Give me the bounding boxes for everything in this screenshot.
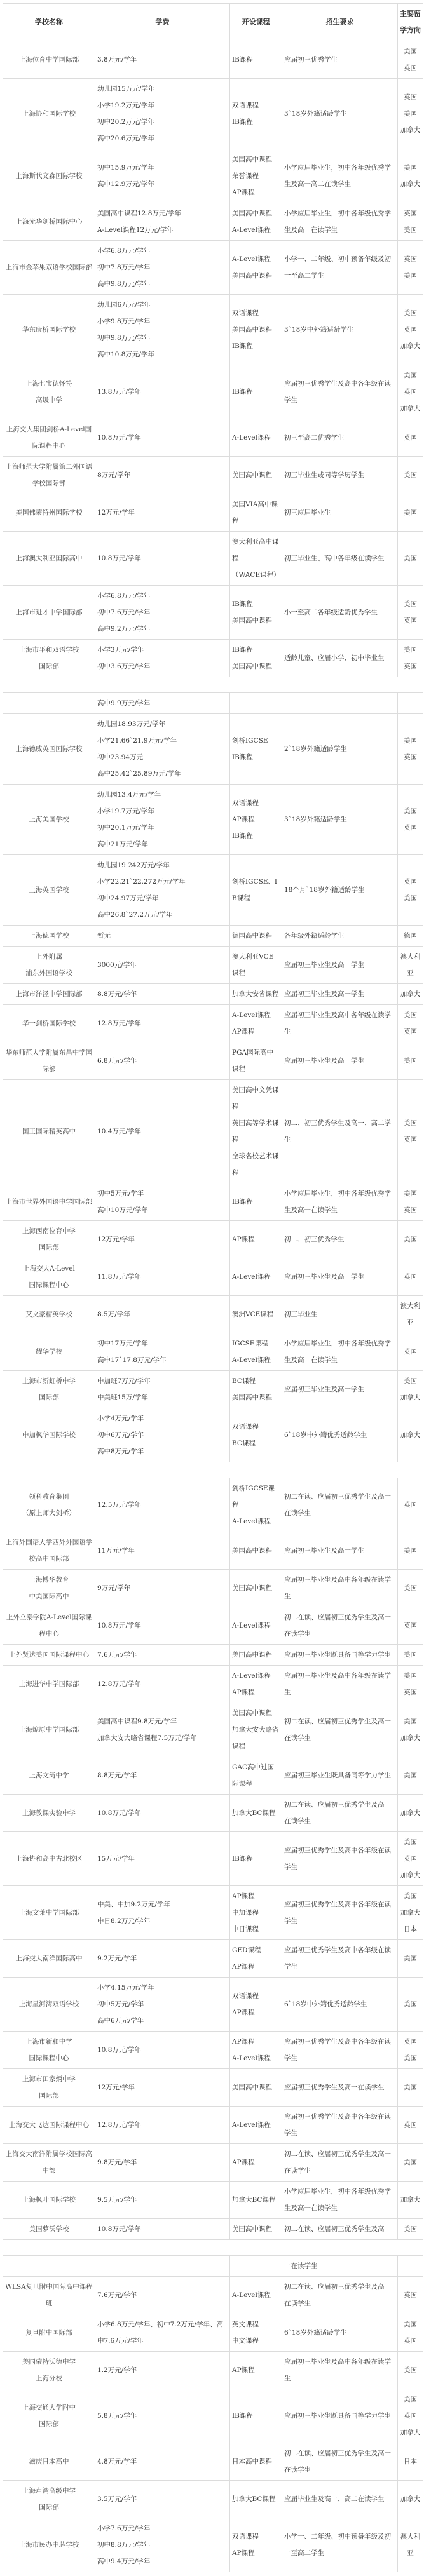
destination-cell-line: 美国 bbox=[399, 2316, 422, 2333]
school-name-cell-line: 上海星河湾双语学校 bbox=[5, 1996, 93, 2013]
school-name-cell-line: 上海斯代文森国际学校 bbox=[5, 168, 93, 184]
courses-cell: GAC高中过国际课程 bbox=[230, 1757, 282, 1795]
destination-cell: 日本 bbox=[398, 2443, 423, 2481]
destination-cell-line: 加拿大 bbox=[399, 122, 422, 138]
school-table-4: 一在读学生WLSA复旦附中国际高中课程班7.6万元/学年A-Level课程初二在… bbox=[3, 2255, 423, 2572]
tuition-cell: 11万元/学年 bbox=[95, 1532, 230, 1570]
table-row: 上海美国学校幼儿园13.4万元/学年小学19.7万元/学年初中20.1万元/学年… bbox=[3, 785, 423, 855]
table-row: 上海星河湾双语学校小学4.15万元/学年初中5万元/学年高中6万元/学年双语课程… bbox=[3, 1978, 423, 2032]
tuition-cell: 10.4万元/学年 bbox=[95, 1080, 230, 1183]
tuition-cell-line: 15万元/学年 bbox=[97, 1851, 228, 1867]
school-name-cell-line: 美国佛蒙特州国际学校 bbox=[5, 504, 93, 521]
table-row: 上海市民办中芯学校小学7.6万元/学年初中8.8万元/学年高中9.4万元/学年双… bbox=[3, 2518, 423, 2572]
destination-cell-line: 加拿大 bbox=[399, 986, 422, 1002]
tuition-cell-line: 高中9.9万元/学年 bbox=[97, 695, 228, 711]
destination-cell-line: 加拿大 bbox=[399, 1867, 422, 1884]
destination-cell-line: 美国 bbox=[399, 890, 422, 907]
school-name-cell-line: 上海市田家炳中学 bbox=[5, 2071, 93, 2087]
destination-cell: 美国 bbox=[398, 1978, 423, 2032]
school-name-cell: 上海市新虹桥中学国际部 bbox=[3, 1371, 95, 1408]
destination-cell-line: 美国 bbox=[399, 267, 422, 284]
tuition-cell: 4.8万元/学年 bbox=[95, 2443, 230, 2481]
requirement-cell: 应届初三毕业生既具备同等学力学生 bbox=[282, 2389, 398, 2443]
destination-cell-line: 美国 bbox=[399, 504, 422, 521]
destination-cell bbox=[398, 2256, 423, 2277]
requirement-cell-line: 初二、初三优秀学生及高一、高二学生 bbox=[284, 1115, 395, 1148]
school-name-cell-line: 高级中学 bbox=[5, 392, 93, 408]
tuition-cell: 中加班7万元/学年中美班15万/学年 bbox=[95, 1371, 230, 1408]
school-name-cell-line: 上海文绮中学 bbox=[5, 1767, 93, 1784]
courses-cell: 加拿大BC课程 bbox=[230, 2481, 282, 2518]
destination-cell: 英国美国 bbox=[398, 203, 423, 241]
requirement-cell: 2`18岁外籍适龄学生 bbox=[282, 714, 398, 785]
tuition-cell: 幼儿园19.242万元/学年小学22.21`22.272万元/学年初中24.97… bbox=[95, 855, 230, 926]
tuition-cell-line: 幼儿园15万元/学年 bbox=[97, 81, 228, 97]
school-name-cell bbox=[3, 2256, 95, 2277]
requirement-cell-line: 初三应届毕业生 bbox=[284, 504, 395, 521]
requirement-cell-line: 小学应届毕业生，初中各年级优秀学生及高一在读学生 bbox=[284, 205, 395, 238]
courses-cell: 美国高中课程 bbox=[230, 2069, 282, 2107]
school-name-cell-line: 上海师范大学附属第二外国语学校国际部 bbox=[5, 459, 93, 492]
courses-cell-line: 双语课程 bbox=[232, 305, 280, 321]
tuition-cell-line: 12.8万元/学年 bbox=[97, 1676, 228, 1692]
tuition-cell: 12万元/学年 bbox=[95, 1221, 230, 1258]
school-name-cell-line: 上海光华剑桥国际中心 bbox=[5, 213, 93, 230]
school-name-cell: 上海交大南洋国际高中 bbox=[3, 1940, 95, 1978]
requirement-cell-line: 应届初三毕业生及高中各年级在读学生 bbox=[284, 1007, 395, 1040]
destination-cell-line: 加拿大 bbox=[399, 338, 422, 354]
destination-cell bbox=[398, 693, 423, 714]
courses-cell: 英文课程中文课程 bbox=[230, 2314, 282, 2352]
requirement-cell: 应届初三毕业生既具备同等学力学生 bbox=[282, 1757, 398, 1795]
courses-cell: IB课程 bbox=[230, 41, 282, 79]
courses-cell-line: 美国高中课程 bbox=[232, 467, 280, 483]
courses-cell-line: AP课程 bbox=[232, 184, 280, 201]
school-name-cell-line: 美国萝沃学校 bbox=[5, 2221, 93, 2237]
courses-cell bbox=[230, 2256, 282, 2277]
destination-cell-line: 加拿大 bbox=[399, 400, 422, 417]
school-name-cell-line: 华东康桥国际学校 bbox=[5, 321, 93, 338]
courses-cell: 美国高中课程A-Level课程 bbox=[230, 203, 282, 241]
destination-cell-line: 美国 bbox=[399, 2362, 422, 2378]
requirement-cell-line: 小学应届毕业生，初中各年级优秀学生及高一在读学生 bbox=[284, 2183, 395, 2216]
courses-cell-line: AP课程 bbox=[232, 2033, 280, 2050]
table-row: 上海博华教育中美国际高中9万元/学年美国高中课程应届初三毕业生及高中各年级在读学… bbox=[3, 1570, 423, 1607]
requirement-cell-line: 应届初三毕业生既具备同等学力学生 bbox=[284, 1767, 395, 1784]
tuition-cell-line: 12.5万元/学年 bbox=[97, 1497, 228, 1513]
destination-cell: 美国 bbox=[398, 2352, 423, 2389]
destination-cell: 美国英国 bbox=[398, 1183, 423, 1221]
destination-cell-line: 英国 bbox=[399, 2117, 422, 2133]
tuition-cell-line: 高中9.2万元/学年 bbox=[97, 621, 228, 637]
destination-cell-line: 英国 bbox=[399, 749, 422, 765]
school-name-cell: 华东师范大学附属东昌中学国际部 bbox=[3, 1042, 95, 1080]
table-body: 领科教育集团（原上师大剑桥）12.5万元/学年剑桥IGCSE课程A-Level课… bbox=[3, 1478, 423, 2240]
tuition-cell: 12.8万元/学年 bbox=[95, 1666, 230, 1703]
destination-cell-line: 美国 bbox=[399, 732, 422, 749]
destination-cell-line: 英国 bbox=[399, 2033, 422, 2050]
courses-cell: 美国高中文凭课程英国高等学术课程全球名校艺术课程 bbox=[230, 1080, 282, 1183]
courses-cell: 澳大利亚高中课程（WACE课程） bbox=[230, 532, 282, 586]
school-name-cell-line: 领科教育集团 bbox=[5, 1488, 93, 1505]
requirement-cell-line: 初三毕业生 bbox=[284, 1306, 395, 1323]
school-name-cell-line: 上海卢湾高级中学 bbox=[5, 2483, 93, 2499]
requirement-cell-line: 应届初三毕业生及高一学生 bbox=[284, 1053, 395, 1069]
tuition-cell-line: 13.8万元/学年 bbox=[97, 384, 228, 400]
destination-cell: 美国英国 bbox=[398, 2314, 423, 2352]
header-school-name: 学校名称 bbox=[3, 4, 95, 41]
courses-cell-line: GAC高中过国际课程 bbox=[232, 1759, 280, 1792]
tuition-cell-line: 幼儿园19.242万元/学年 bbox=[97, 857, 228, 873]
courses-cell: A-Level课程 bbox=[230, 1607, 282, 1645]
tuition-cell-line: 8万元/学年 bbox=[97, 467, 228, 483]
requirement-cell-line: 3`18岁外籍适龄学生 bbox=[284, 811, 395, 828]
destination-cell-line: 美国 bbox=[399, 1950, 422, 1967]
requirement-cell-line: 应届初三毕业生及高一学生 bbox=[284, 1269, 395, 1285]
destination-cell: 美国 bbox=[398, 532, 423, 586]
requirement-cell: 应届初三优秀学生及高中各年级在读学生 bbox=[282, 2032, 398, 2069]
courses-cell-line: 剑桥IGCSE bbox=[232, 732, 280, 749]
table-row: 上海文绮中学8.8万元/学年GAC高中过国际课程应届初三毕业生既具备同等学力学生… bbox=[3, 1757, 423, 1795]
courses-cell-line: 美国高中课程 bbox=[232, 321, 280, 338]
tuition-cell: 5.8万元/学年 bbox=[95, 2389, 230, 2443]
tuition-cell-line: 10.8万元/学年 bbox=[97, 1617, 228, 1634]
requirement-cell-line: 初二在读、应届初三优秀学生及高 bbox=[284, 2221, 395, 2237]
destination-cell-line: 美国 bbox=[399, 2154, 422, 2171]
requirement-cell: 应届初三优秀学生及高中各年级在读学生 bbox=[282, 2107, 398, 2144]
destination-cell: 美国英国 bbox=[398, 1666, 423, 1703]
courses-cell-line: BC课程 bbox=[232, 1435, 280, 1452]
requirement-cell: 初三毕业生或同等学历学生 bbox=[282, 457, 398, 494]
school-name-cell: 上海枫叶国际学校 bbox=[3, 2182, 95, 2219]
destination-cell: 德国 bbox=[398, 926, 423, 947]
school-name-cell: 上海教课实验中学 bbox=[3, 1795, 95, 1832]
tuition-cell-line: 3.5万元/学年 bbox=[97, 2491, 228, 2507]
courses-cell-line: 中加课程 bbox=[232, 1905, 280, 1921]
destination-cell-line: 英国 bbox=[399, 384, 422, 400]
destination-cell: 美国加拿大 bbox=[398, 149, 423, 203]
school-name-cell: 上外立泰学院A-Level国际课程中心 bbox=[3, 1607, 95, 1645]
courses-cell: 加拿大BC课程 bbox=[230, 2182, 282, 2219]
destination-cell-line: 澳大利亚 bbox=[399, 2528, 422, 2561]
destination-cell: 英国美国 bbox=[398, 2032, 423, 2069]
tuition-cell-line: 12万元/学年 bbox=[97, 504, 228, 521]
table-row: 上海市平和双语学校国际部小学3万元/学年初中3.6万元/学年IB课程美国高中课程… bbox=[3, 640, 423, 677]
courses-cell-line: AP课程 bbox=[232, 1959, 280, 1975]
destination-cell-line: 日本 bbox=[399, 1921, 422, 1938]
courses-cell-line: A-Level课程 bbox=[232, 1007, 280, 1023]
destination-cell-line: 美国 bbox=[399, 2079, 422, 2096]
table-row: 上海交通大学附中国际部5.8万元/学年IB课程应届初三毕业生既具备同等学力学生美… bbox=[3, 2389, 423, 2443]
school-name-cell-line: 上海燎原中学国际部 bbox=[5, 1722, 93, 1738]
courses-cell-line: IB课程 bbox=[232, 1194, 280, 1210]
courses-cell-line: A-Level课程 bbox=[232, 1352, 280, 1368]
tuition-cell-line: 10.8万元/学年 bbox=[97, 1805, 228, 1821]
tuition-cell: 小学6.8万元/学年、初中7.2万元/学年、高中7.6万元/学年 bbox=[95, 2314, 230, 2352]
requirement-cell: 应届初三毕业生及高一学生 bbox=[282, 1042, 398, 1080]
requirement-cell-line: 应届初三优秀学生及高中各年级在读学生 bbox=[284, 1842, 395, 1875]
destination-cell-line: 美国 bbox=[399, 43, 422, 60]
table-row: 上海市金苹果双语学校国际部小学6.8万元/学年初中7.8万元/学年高中9.8万元… bbox=[3, 241, 423, 295]
requirement-cell-line: 初二在读、应届初三优秀学生及高一在读学生 bbox=[284, 1488, 395, 1521]
school-name-cell: 上海文绮中学 bbox=[3, 1757, 95, 1795]
tuition-cell-line: 10.8万元/学年 bbox=[97, 550, 228, 567]
courses-cell-line: AP课程 bbox=[232, 1023, 280, 1040]
tuition-cell-line: 10.8万元/学年 bbox=[97, 2042, 228, 2058]
tuition-cell-line: 幼儿园18.93万元/学年 bbox=[97, 716, 228, 732]
destination-cell: 美国 bbox=[398, 1042, 423, 1080]
requirement-cell-line: 应届初三毕业生及高一学生 bbox=[284, 1542, 395, 1559]
courses-cell-line: IB课程 bbox=[232, 749, 280, 765]
destination-cell-line: 美国 bbox=[399, 1834, 422, 1851]
courses-cell-line: GED课程 bbox=[232, 1942, 280, 1959]
table-row: 上海外国语大学西外外国语学校高中国际部11万元/学年美国高中课程应届初三毕业生及… bbox=[3, 1532, 423, 1570]
tuition-cell: 幼儿园13.4万元/学年小学19.7万元/学年初中20.1万元/学年高中21万元… bbox=[95, 785, 230, 855]
school-name-cell-line: 上海协和国际学校 bbox=[5, 105, 93, 122]
table-row: WLSA复旦附中国际高中课程班7.6万元/学年A-Level课程初二在读、应届初… bbox=[3, 2277, 423, 2314]
tuition-cell-line: 幼儿园13.4万元/学年 bbox=[97, 786, 228, 803]
courses-cell-line: 美国高中课程 bbox=[232, 2221, 280, 2237]
school-name-cell: 上海交大飞达国际课程中心 bbox=[3, 2107, 95, 2144]
table-row: 上海交大飞达国际课程中心12.8万元/学年A-Level课程应届初三优秀学生及高… bbox=[3, 2107, 423, 2144]
tuition-cell-line: 12万元/学年 bbox=[97, 2079, 228, 2096]
tables-container: 学校名称 学费 开设课程 招生要求 主要留学方向 上海位育中学国际部3.8万元/… bbox=[3, 3, 423, 2572]
school-name-cell-line: 上海教课实验中学 bbox=[5, 1805, 93, 1821]
school-name-cell: 上海德国学校 bbox=[3, 926, 95, 947]
courses-cell: 美国高中课程荣誉课程AP课程 bbox=[230, 149, 282, 203]
courses-cell: A-Level课程AP课程 bbox=[230, 1005, 282, 1042]
courses-cell-line: 德国高中课程 bbox=[232, 927, 280, 944]
destination-cell-line: 加拿大 bbox=[399, 2491, 422, 2507]
courses-cell: 美国高中课程 bbox=[230, 457, 282, 494]
table-row: 上海燎原中学国际部美国高中课程9.8万元/学年加拿大安大略省课程7.5万元/学年… bbox=[3, 1703, 423, 1757]
school-name-cell-line: 上海交大集团剑桥A-Level国际课程中心 bbox=[5, 421, 93, 454]
courses-cell-line: A-Level课程 bbox=[232, 1513, 280, 1530]
courses-cell-line: 英文课程 bbox=[232, 2316, 280, 2333]
tuition-cell-line: 高中20.6万元/学年 bbox=[97, 130, 228, 147]
courses-cell-line: A-Level课程 bbox=[232, 1617, 280, 1634]
courses-cell-line: IB课程 bbox=[232, 338, 280, 354]
tuition-cell-line: 7.6万元/学年 bbox=[97, 2287, 228, 2303]
school-name-cell: 上海市进才中学国际部 bbox=[3, 586, 95, 640]
destination-cell: 美国 bbox=[398, 1532, 423, 1570]
tuition-cell: 中美、中加9.2万元/学年中日8.2万元/学年 bbox=[95, 1886, 230, 1940]
requirement-cell: 应届初三优秀学生 bbox=[282, 41, 398, 79]
school-name-cell: 上海市民办中芯学校 bbox=[3, 2518, 95, 2572]
courses-cell: 美国VIA高中课程 bbox=[230, 494, 282, 532]
requirement-cell: 小学应届毕业生，初中各年级优秀学生及高一在读学生 bbox=[282, 1333, 398, 1371]
table-row: 中加枫华国际学校小学4万元/学年初中6万元/学年高中8万元/学年双语课程BC课程… bbox=[3, 1408, 423, 1462]
table-row: 上海市新虹桥中学国际部中加班7万元/学年中美班15万/学年BC课程美国高中课程应… bbox=[3, 1371, 423, 1408]
destination-cell: 美国加拿大日本 bbox=[398, 1886, 423, 1940]
tuition-cell-line: 初中20.2万元/学年 bbox=[97, 114, 228, 130]
tuition-cell: 3000元/学年 bbox=[95, 947, 230, 984]
destination-cell: 美国 bbox=[398, 1757, 423, 1795]
school-name-cell-line: 艾文豪精英学校 bbox=[5, 1306, 93, 1323]
school-name-cell-line: 上海博华教育 bbox=[5, 1572, 93, 1588]
school-name-cell: 上海市世界外国语中学国际部 bbox=[3, 1183, 95, 1221]
requirement-cell-line: 3`18岁中外籍适龄学生 bbox=[284, 321, 395, 338]
table-row: 上海师范大学附属第二外国语学校国际部8万元/学年美国高中课程初三毕业生或同等学历… bbox=[3, 457, 423, 494]
destination-cell: 加拿大 bbox=[398, 2182, 423, 2219]
destination-cell-line: 英国 bbox=[399, 429, 422, 446]
courses-cell-line: 美国高中课程 bbox=[232, 2079, 280, 2096]
destination-cell: 澳大利亚 bbox=[398, 1296, 423, 1333]
requirement-cell-line: 应届初三毕业生既具备同等学力学生 bbox=[284, 2408, 395, 2424]
school-name-cell: 上海西南位育中学国际部 bbox=[3, 1221, 95, 1258]
tuition-cell-line: 美国高中课程9.8万元/学年 bbox=[97, 1713, 228, 1730]
courses-cell: PGA国际高中课程 bbox=[230, 1042, 282, 1080]
courses-cell: BC课程美国高中课程 bbox=[230, 1371, 282, 1408]
destination-cell-line: 加拿大 bbox=[399, 1389, 422, 1406]
requirement-cell: 初二在读、应届初三优秀学生及高一在读学生 bbox=[282, 2144, 398, 2182]
table-row: 华一剑桥国际学校12.8万元/学年A-Level课程AP课程应届初三毕业生及高中… bbox=[3, 1005, 423, 1042]
tuition-cell: 12万元/学年 bbox=[95, 2069, 230, 2107]
requirement-cell: 应届初三优秀学生及高中各年级在读学生 bbox=[282, 1940, 398, 1978]
courses-cell-line: AP课程 bbox=[232, 2362, 280, 2378]
destination-cell: 英国 bbox=[398, 2107, 423, 2144]
destination-cell: 美国 bbox=[398, 494, 423, 532]
destination-cell-line: 美国 bbox=[399, 2050, 422, 2067]
courses-cell: A-Level课程 bbox=[230, 1258, 282, 1296]
school-name-cell-line: 华一剑桥国际学校 bbox=[5, 1015, 93, 1032]
school-name-cell-line: 国王国际精英高中 bbox=[5, 1123, 93, 1140]
destination-cell-line: 日本 bbox=[399, 2453, 422, 2470]
destination-cell-line: 澳大利亚 bbox=[399, 1298, 422, 1331]
destination-cell-line: 美国 bbox=[399, 467, 422, 483]
tuition-cell: 6.8万元/学年 bbox=[95, 1042, 230, 1080]
requirement-cell: 适龄儿童、应届小学、初中毕业生 bbox=[282, 640, 398, 677]
destination-cell: 美国 bbox=[398, 457, 423, 494]
tuition-cell: 7.6万元/学年 bbox=[95, 2277, 230, 2314]
courses-cell-line: 美国高中课程 bbox=[232, 267, 280, 284]
courses-cell: 美国高中课程 bbox=[230, 2219, 282, 2240]
tuition-cell-line: 小学21.66`21.9万元/学年 bbox=[97, 732, 228, 749]
table-row: 上海协和国际学校幼儿园15万元/学年小学19.2万元/学年初中20.2万元/学年… bbox=[3, 79, 423, 149]
courses-cell-line: AP课程 bbox=[232, 1231, 280, 1248]
requirement-cell: 应届初三毕业生及高一学生 bbox=[282, 984, 398, 1005]
tuition-cell-line: 高中12.9万元/学年 bbox=[97, 176, 228, 192]
courses-cell: IB课程 bbox=[230, 1832, 282, 1886]
courses-cell-line: A-Level课程 bbox=[232, 2050, 280, 2067]
school-name-cell-line: 上海美国学校 bbox=[5, 811, 93, 828]
requirement-cell: 初二在读、应届初三优秀学生及高 bbox=[282, 2219, 398, 2240]
destination-cell-line: 美国 bbox=[399, 1996, 422, 2013]
school-name-cell: 美国萝沃学校 bbox=[3, 2219, 95, 2240]
school-name-cell: 上海交大A-Level国际课程中心 bbox=[3, 1258, 95, 1296]
school-name-cell-line: 国际部 bbox=[5, 2087, 93, 2104]
requirement-cell-line: 小学应届毕业生，初中各年级优秀学生及高一高二在读学生 bbox=[284, 159, 395, 192]
school-name-cell-line: 上海七宝德怀特 bbox=[5, 375, 93, 392]
courses-cell: IB课程美国高中课程 bbox=[230, 586, 282, 640]
courses-cell bbox=[230, 693, 282, 714]
school-name-cell-line: 上海枫叶国际学校 bbox=[5, 2192, 93, 2208]
requirement-cell: 3`18岁外籍适龄学生 bbox=[282, 785, 398, 855]
school-name-cell: 上海星河湾双语学校 bbox=[3, 1978, 95, 2032]
courses-cell-line: 全球名校艺术课程 bbox=[232, 1148, 280, 1181]
courses-cell-line: 澳洲VCE课程 bbox=[232, 1306, 280, 1323]
courses-cell-line: 澳大利亚VCE课程 bbox=[232, 948, 280, 981]
requirement-cell: 小学应届毕业生，初中各年级优秀学生及高一在读学生 bbox=[282, 203, 398, 241]
school-name-cell-line: 上外贤达美国国际课程中心 bbox=[5, 1647, 93, 1663]
courses-cell-line: IB课程 bbox=[232, 51, 280, 68]
requirement-cell-line: 应届初三优秀学生及高中各年级在读学生 bbox=[284, 1942, 395, 1975]
tuition-cell: 12.8万元/学年 bbox=[95, 2107, 230, 2144]
table-row: 上海光华剑桥国际中心美国高中课程12.8万元/学年A-Level课程12万元/学… bbox=[3, 203, 423, 241]
requirement-cell: 应届初三优秀学生及高中各年级在读学生 bbox=[282, 365, 398, 419]
table-body: 上海位育中学国际部3.8万元/学年IB课程应届初三优秀学生美国英国上海协和国际学… bbox=[3, 41, 423, 677]
requirement-cell-line: 初三至高二优秀学生 bbox=[284, 429, 395, 446]
tuition-cell: 初中15.9万元/学年高中12.9万元/学年 bbox=[95, 149, 230, 203]
tuition-cell-line: 1.2万元/学年 bbox=[97, 2362, 228, 2378]
tuition-cell-line: 小学7.6万元/学年 bbox=[97, 2520, 228, 2537]
destination-cell-line: 英国 bbox=[399, 2408, 422, 2424]
requirement-cell: 小学一、二年级、初中预备年级及初一至高二学生 bbox=[282, 2518, 398, 2572]
courses-cell-line: 澳大利亚高中课程 bbox=[232, 534, 280, 567]
requirement-cell-line: 初二在读、应届初三优秀学生及高一在读学生 bbox=[284, 1609, 395, 1642]
requirement-cell-line: 小学应届毕业生，初中各年级优秀学生及高一在读学生 bbox=[284, 1185, 395, 1218]
school-name-cell-line: 上海交大飞达国际课程中心 bbox=[5, 2117, 93, 2133]
requirement-cell: 小学应届毕业生，初中各年级优秀学生及高一高二在读学生 bbox=[282, 149, 398, 203]
tuition-cell-line: 初中3.6万元/学年 bbox=[97, 658, 228, 675]
courses-cell-line: A-Level课程 bbox=[232, 2117, 280, 2133]
courses-cell-line: 日本高中课程 bbox=[232, 2453, 280, 2470]
courses-cell-line: 美国VIA高中课程 bbox=[232, 496, 280, 529]
tuition-cell-line: 初中15.9万元/学年 bbox=[97, 159, 228, 176]
school-name-cell-line: 上海外国语大学西外外国语学校高中国际部 bbox=[5, 1534, 93, 1567]
destination-cell-line: 美国 bbox=[399, 1185, 422, 1202]
tuition-cell-line: 小学4.15万元/学年 bbox=[97, 1979, 228, 1996]
tuition-cell-line: 初中20.1万元/学年 bbox=[97, 819, 228, 836]
table-row: 上海澳大利亚国际高中10.8万元/学年澳大利亚高中课程（WACE课程）初三毕业生… bbox=[3, 532, 423, 586]
courses-cell: 澳大利亚VCE课程 bbox=[230, 947, 282, 984]
destination-cell-line: 加拿大 bbox=[399, 2424, 422, 2441]
school-name-cell-line: 上海市新和中学 bbox=[5, 2033, 93, 2050]
tuition-cell-line: 初中17万元/学年 bbox=[97, 1335, 228, 1352]
courses-cell: 双语课程美国高中课程IB课程 bbox=[230, 295, 282, 365]
requirement-cell-line: 应届初三毕业生及高中各年级在读学生 bbox=[284, 2354, 395, 2387]
tuition-cell-line: A-Level课程12万元/学年 bbox=[97, 222, 228, 238]
tuition-cell-line: 初中8.8万元/学年 bbox=[97, 2537, 228, 2553]
requirement-cell: 小一至高二各年级适龄优秀学生 bbox=[282, 586, 398, 640]
table-row: 高中9.9万元/学年 bbox=[3, 693, 423, 714]
requirement-cell-line: 小一至高二各年级适龄优秀学生 bbox=[284, 604, 395, 621]
school-name-cell-line: 国际部 bbox=[5, 2416, 93, 2432]
tuition-cell-line: 12.8万元/学年 bbox=[97, 2117, 228, 2133]
school-name-cell: 上海博华教育中美国际高中 bbox=[3, 1570, 95, 1607]
courses-cell-line: 双语课程 bbox=[232, 1419, 280, 1435]
table-row: 复旦附中国际部小学6.8万元/学年、初中7.2万元/学年、高中7.6万元/学年英… bbox=[3, 2314, 423, 2352]
school-name-cell-line: 上海市民办中芯学校 bbox=[5, 2537, 93, 2553]
tuition-cell-line: 中美、中加9.2万元/学年 bbox=[97, 1896, 228, 1913]
destination-cell: 英国 bbox=[398, 1258, 423, 1296]
courses-cell: IB课程美国高中课程 bbox=[230, 640, 282, 677]
courses-cell-line: A-Level课程 bbox=[232, 222, 280, 238]
courses-cell-line: A-Level课程 bbox=[232, 2287, 280, 2303]
table-row: 美国萝沃学校10.8万元/学年美国高中课程初二在读、应届初三优秀学生及高美国 bbox=[3, 2219, 423, 2240]
table-row: 上海位育中学国际部3.8万元/学年IB课程应届初三优秀学生美国英国 bbox=[3, 41, 423, 79]
courses-cell: IGCSE课程A-Level课程 bbox=[230, 1333, 282, 1371]
courses-cell: 德国高中课程 bbox=[230, 926, 282, 947]
requirement-cell: 应届初三毕业生及高一学生 bbox=[282, 1258, 398, 1296]
tuition-cell-line: 高中25.42`25.89万元/学年 bbox=[97, 765, 228, 782]
requirement-cell: 6`18岁外籍适龄学生 bbox=[282, 2314, 398, 2352]
destination-cell-line: 英国 bbox=[399, 89, 422, 105]
destination-cell: 美国 bbox=[398, 1570, 423, 1607]
requirement-cell: 一在读学生 bbox=[282, 2256, 398, 2277]
school-name-cell-line: 上海市世界外国语中学国际部 bbox=[5, 1194, 93, 1210]
courses-cell-line: IB课程 bbox=[232, 2408, 280, 2424]
